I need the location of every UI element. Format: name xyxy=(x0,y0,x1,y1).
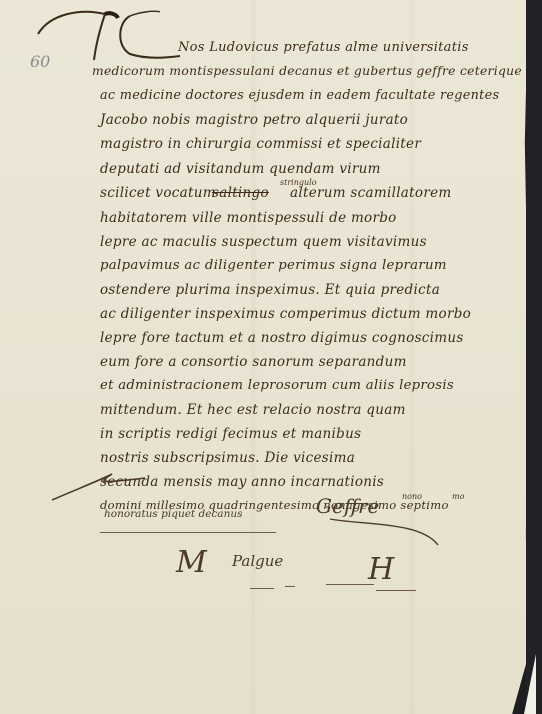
text-line: palpavimus ac diligenter perimus signa l… xyxy=(100,258,447,273)
text-line: ostendere plurima inspeximus. Et quia pr… xyxy=(100,282,440,298)
text-line: mittendum. Et hec est relacio nostra qua… xyxy=(100,402,406,418)
monogram-left: M xyxy=(176,545,207,580)
text-line: habitatorem ville montispessuli de morbo xyxy=(100,210,397,226)
signature-underline xyxy=(326,584,374,585)
line-start: scilicet vocatum xyxy=(100,185,216,201)
text-line: et administracionem leprosorum cum aliis… xyxy=(100,378,454,393)
text-line: deputati ad visitandum quendam virum xyxy=(100,161,381,177)
interlinear-insertion: mo xyxy=(452,492,464,501)
text-line: ac diligenter inspeximus comperimus dict… xyxy=(100,306,471,322)
text-line: eum fore a consortio sanorum separandum xyxy=(100,354,407,370)
geffre-flourish-icon xyxy=(320,515,450,555)
text-line: in scriptis redigi fecimus et manibus xyxy=(100,426,361,442)
text-line: nostris subscripsimus. Die vicesima xyxy=(100,450,355,466)
signature-palgue: Palgue xyxy=(232,552,283,570)
page-edge-backing xyxy=(526,0,542,714)
struck-word: saltingo xyxy=(212,185,269,201)
signature-underline xyxy=(100,532,276,533)
text-line: magistro in chirurgia commissi et specia… xyxy=(100,136,421,152)
text-line: lepre fore tactum et a nostro digimus co… xyxy=(100,330,464,346)
signature-honoratus: honoratus piquet decanus xyxy=(104,508,242,520)
text-line: Nos Ludovicus prefatus alme universitati… xyxy=(178,40,469,55)
text-line: ac medicine doctores ejusdem in eadem fa… xyxy=(100,88,499,103)
signature-dash xyxy=(285,586,295,587)
text-line: Jacobo nobis magistro petro alquerii jur… xyxy=(100,112,408,128)
line-end: alterum scamillatorem xyxy=(290,185,451,201)
closing-flourish-icon xyxy=(50,470,150,510)
text-line: scilicet vocatum alterum scamillatorem xyxy=(100,185,216,201)
text-line: lepre ac maculis suspectum quem visitavi… xyxy=(100,234,427,250)
text-line: medicorum montispessulani decanus et gub… xyxy=(92,64,522,78)
signature-underline xyxy=(376,590,416,591)
signature-dash xyxy=(250,588,274,589)
manuscript-page: 60 V Nos Ludovicus prefatus alme univers… xyxy=(0,0,528,714)
monogram-right: H xyxy=(368,552,394,587)
